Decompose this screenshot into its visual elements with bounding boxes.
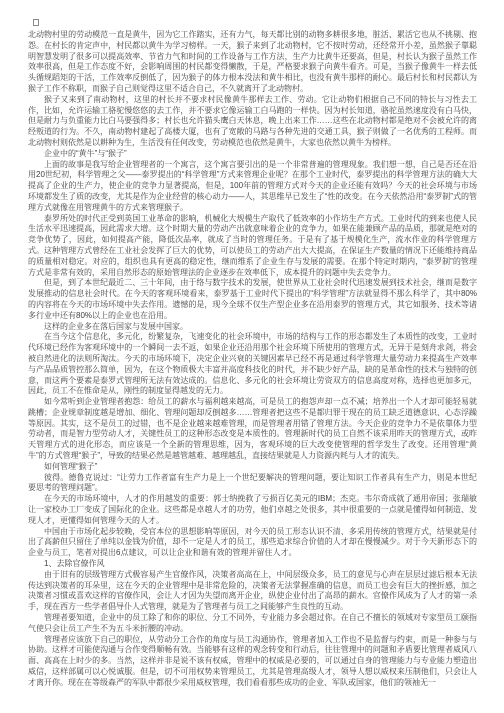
paragraph: 这样的企业多在落后国家与发展中国家。 [28,322,477,333]
paragraph: 在当今这个信息化，多元化，纷繁复杂，飞速变化的社会环境中，市场的结构与工作的形态… [28,332,477,397]
missing-glyph-marker [33,19,39,26]
section-heading: 1、去除官僚作风 [28,559,477,570]
paragraph: 如今常听到企业管理者抱怨：给员工的薪水与福利越来越高，可是员工的抱怨声却一点不减… [28,397,477,462]
document-page: 北动物村里的劳动模范一直是黄牛，因为它工作踏实，还有力气，每天都比别的动物多耕很… [0,0,504,713]
paragraph: 上面的故事是我写给企业管理者的一个寓言，这个寓言要引出的是一个非常普遍的管理现象… [28,160,477,214]
paragraph: 在今天的市场环境中，人才的作用越发的重要：郭士纳挽救了亏损百亿美元的IBM；杰克… [28,494,477,526]
paragraph: 中国由于市场化起步较晚，受官本位的思想影响等原因，对今天的员工形态认识不清、多采… [28,527,477,559]
paragraph: 但是，到了本世纪最近二、三十年间，由于络与数字技术的发展，使世界从工业社会时代迅… [28,278,477,321]
section-heading: 如何管理“猴子” [28,462,477,473]
paragraph: 北动物村里的劳动模范一直是黄牛，因为它工作踏实，还有力气，每天都比别的动物多耕很… [28,30,477,95]
paragraph: 彼得。德鲁克说过：“让劳力工作者富有生产力是上一个世纪要解决的管理问题，要让知识… [28,473,477,495]
paragraph: 泰罗所处的时代正受到英国工业革命的影响，机械化大规模生产取代了低效率的小作坊生产… [28,214,477,279]
document-body: 北动物村里的劳动模范一直是黄牛，因为它工作踏实，还有力气，每天都比别的动物多耕很… [28,30,477,689]
paragraph: 管理者应该放下自己的职位，从劳动分工合作的角度与员工沟通协作，管理者加入工作也不… [28,635,477,689]
paragraph: 管理者要知道，企业中的员工除了和你的职位、分工不同外，专业能力多会超过你。在自己… [28,613,477,635]
paragraph: 由于旧有的层级管理方式极容易产生官僚作风，决策者高高在上，中间层级众多，员工的意… [28,570,477,613]
section-heading: 企业中的“黄牛”与“猴子” [28,149,477,160]
paragraph: 猴子又来到了南动物村，这里的村长并不要求村民像黄牛那样去工作、劳动。它让动物们根… [28,95,477,149]
